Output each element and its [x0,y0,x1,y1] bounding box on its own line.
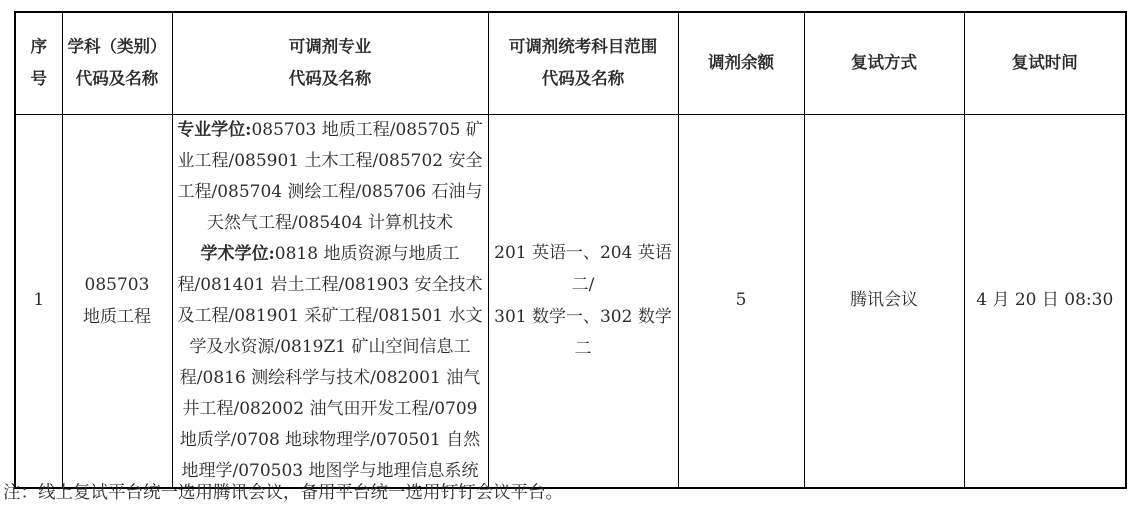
cell-subject: 085703 地质工程 [62,114,172,488]
cell-interview-method: 腾讯会议 [804,114,964,488]
cell-quota: 5 [678,114,804,488]
cell-interview-time: 4 月 20 日 08:30 [964,114,1126,488]
exam-range-line1: 201 英语一、204 英语二/ [489,237,678,301]
header-subject-line2: 代码及名称 [63,63,172,95]
subject-name: 地质工程 [63,301,172,333]
adjustment-info-table: 序 号 学科（类别） 代码及名称 可调剂专业 代码及名称 可调剂统考科目范围 代… [14,11,1127,489]
cell-index: 1 [15,114,62,488]
academic-degree-label: 学术学位: [201,244,275,264]
header-majors-line2: 代码及名称 [173,63,488,95]
professional-degree-label: 专业学位: [177,120,251,140]
header-quota: 调剂余额 [678,12,804,114]
subject-code: 085703 [63,269,172,301]
header-exam-range-line1: 可调剂统考科目范围 [489,31,678,63]
header-exam-range-line2: 代码及名称 [489,63,678,95]
exam-range-line2: 301 数学一、302 数学二 [489,301,678,365]
header-interview-method-line1: 复试方式 [805,47,964,79]
header-interview-time: 复试时间 [964,12,1126,114]
header-subject-line1: 学科（类别） [63,31,172,63]
cell-majors: 专业学位:085703 地质工程/085705 矿业工程/085901 土木工程… [172,114,488,488]
header-subject: 学科（类别） 代码及名称 [62,12,172,114]
footnote: 注：线上复试平台统一选用腾讯会议，备用平台统一选用钉钉会议平台。 [3,481,563,505]
header-exam-range: 可调剂统考科目范围 代码及名称 [488,12,678,114]
header-majors-line1: 可调剂专业 [173,31,488,63]
document-page: 序 号 学科（类别） 代码及名称 可调剂专业 代码及名称 可调剂统考科目范围 代… [0,0,1145,515]
header-index-line1: 序 [16,31,62,63]
header-interview-method: 复试方式 [804,12,964,114]
cell-exam-range: 201 英语一、204 英语二/ 301 数学一、302 数学二 [488,114,678,488]
academic-degree-list: 0818 地质资源与地质工程/081401 岩土工程/081903 安全技术及工… [177,244,482,481]
header-majors: 可调剂专业 代码及名称 [172,12,488,114]
header-quota-line1: 调剂余额 [679,47,804,79]
header-interview-time-line1: 复试时间 [965,47,1126,79]
table-row: 1 085703 地质工程 专业学位:085703 地质工程/085705 矿业… [15,114,1126,488]
header-index-line2: 号 [16,63,62,95]
header-index: 序 号 [15,12,62,114]
table-header-row: 序 号 学科（类别） 代码及名称 可调剂专业 代码及名称 可调剂统考科目范围 代… [15,12,1126,114]
